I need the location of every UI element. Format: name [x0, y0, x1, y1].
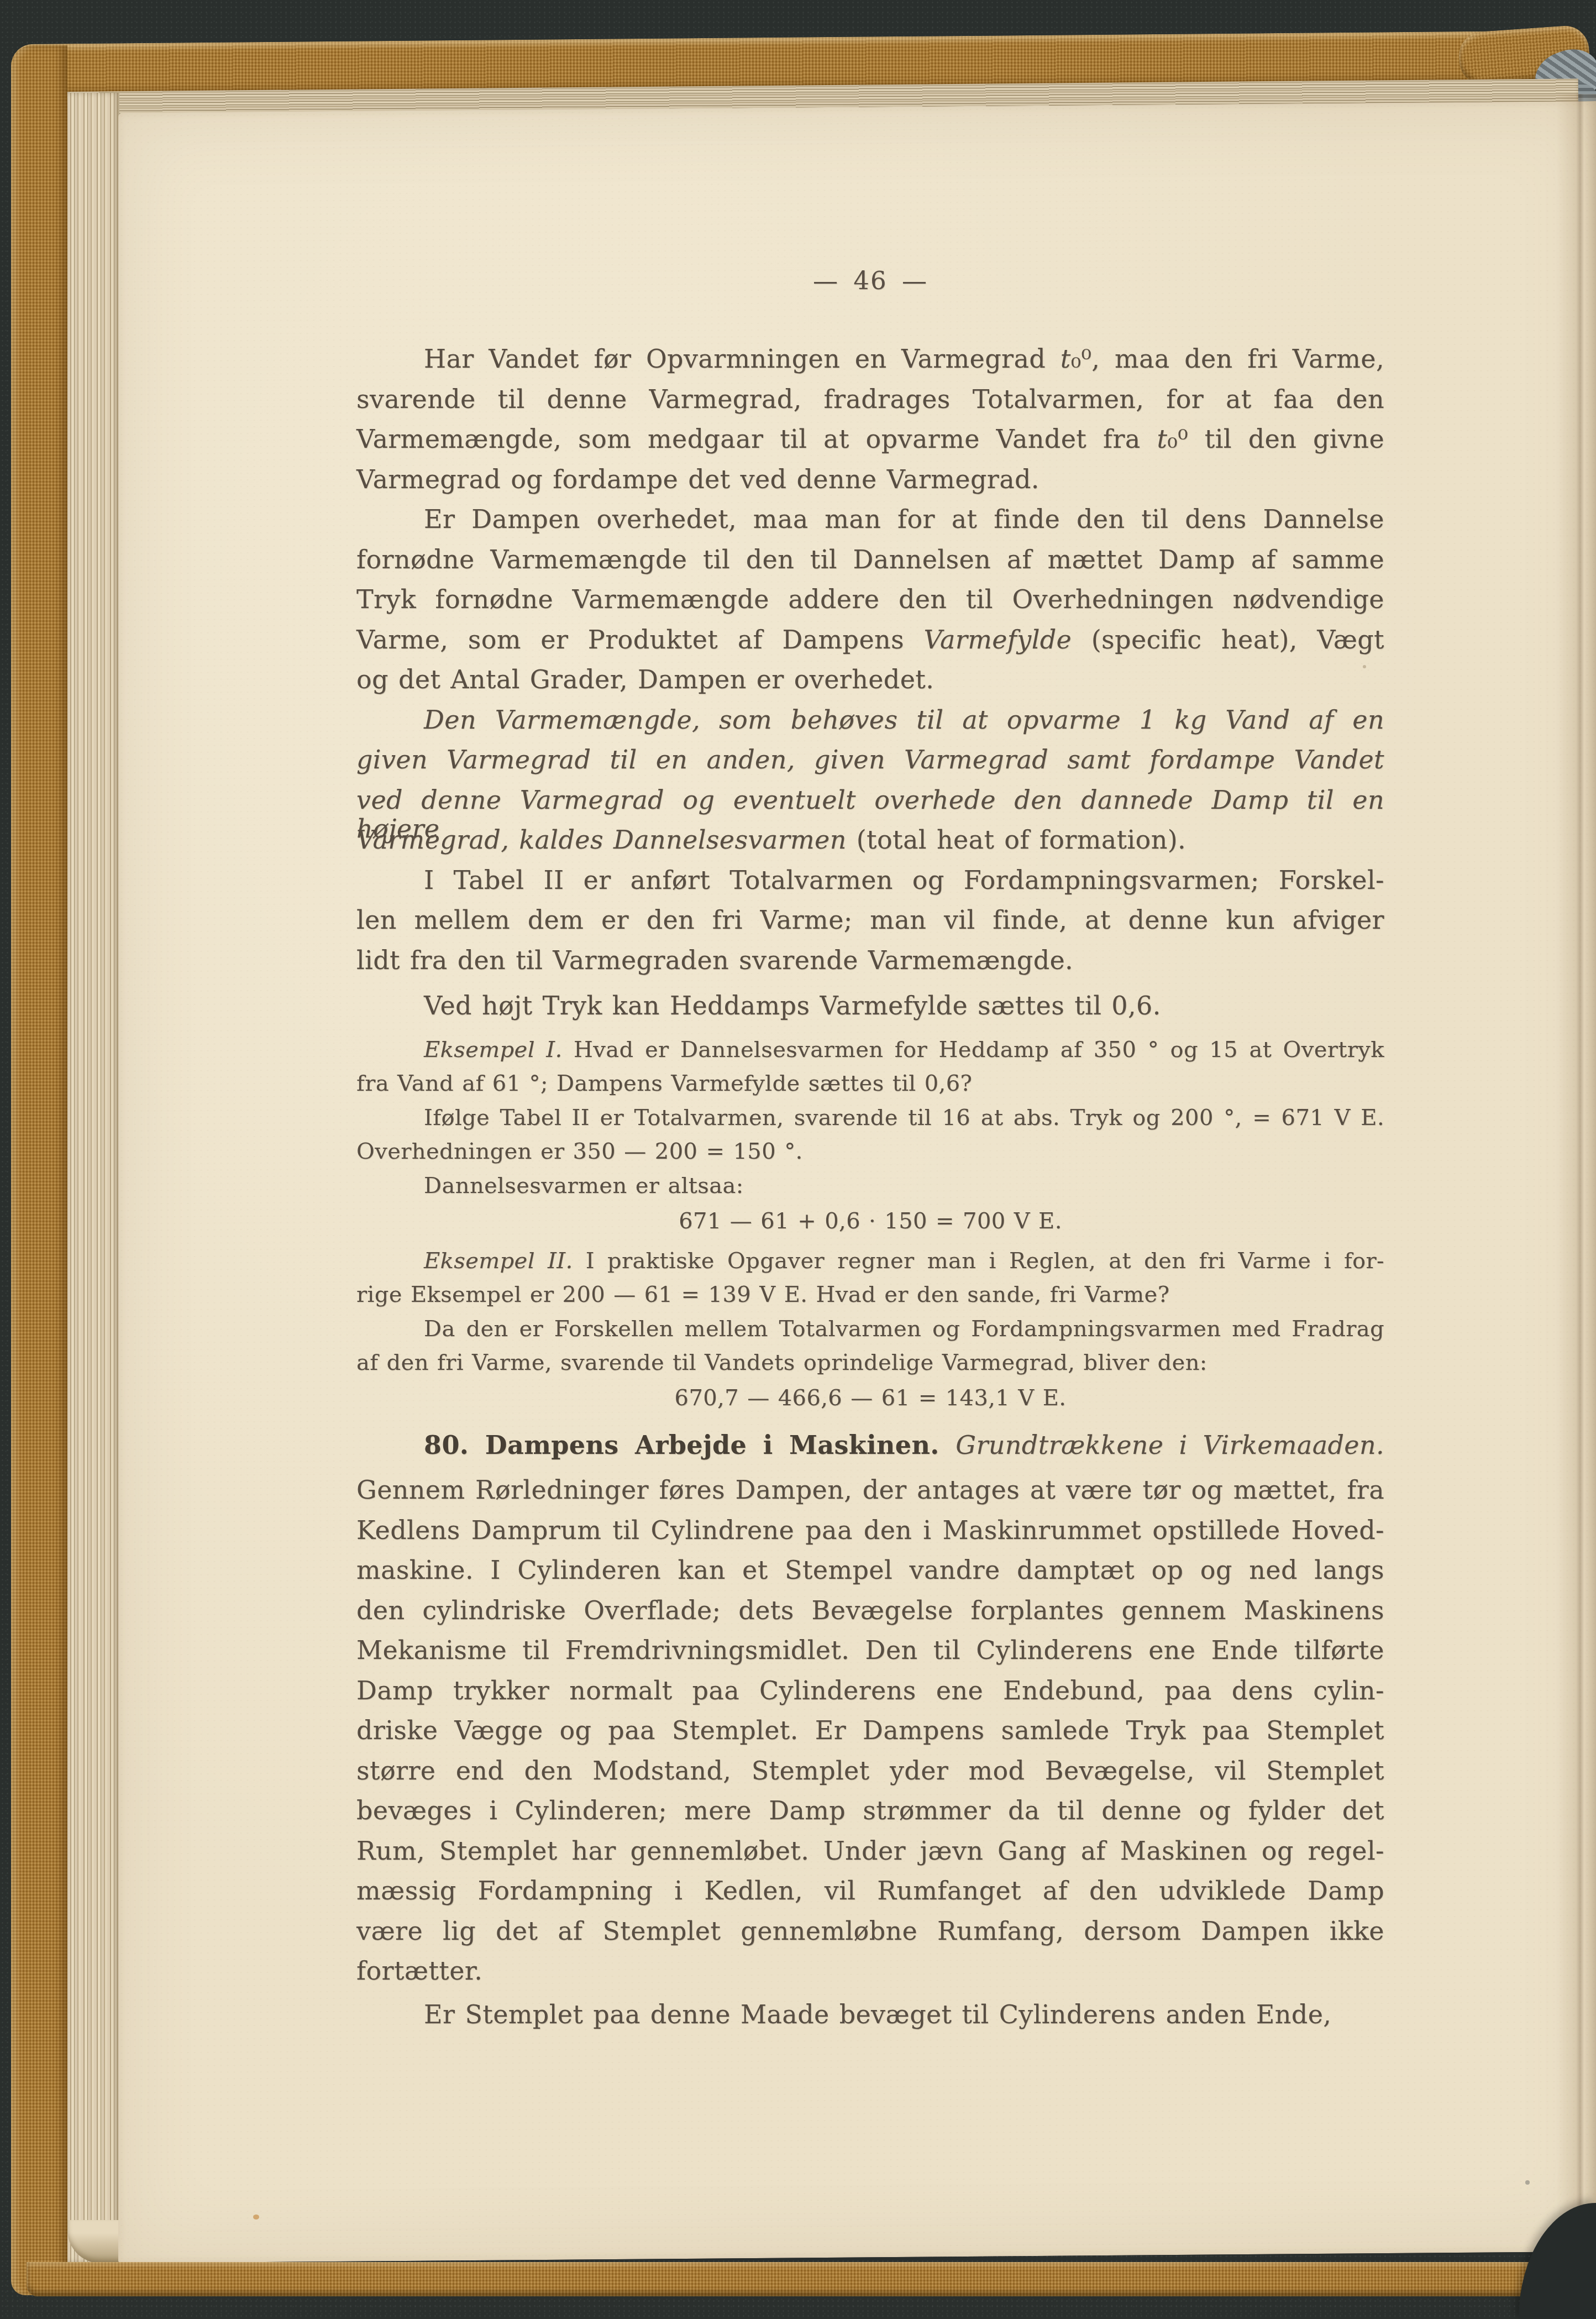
- book-cover-bottom-edge: [27, 2262, 1596, 2296]
- paper-speck: [1525, 2180, 1530, 2185]
- text-line: given Varmegrad til en anden, given Varm…: [356, 746, 1384, 774]
- text-line: Har Vandet før Opvarmningen en Varmegrad…: [356, 345, 1384, 374]
- text-line: Ifølge Tabel II er Totalvarmen, svarende…: [356, 1106, 1384, 1130]
- text-line: svarende til denne Varmegrad, fradrages …: [356, 385, 1384, 414]
- text-line: 80. Dampens Arbejde i Maskinen. Grundtræ…: [356, 1431, 1384, 1460]
- text-line: Varmegrad og fordampe det ved denne Varm…: [356, 465, 1384, 494]
- text-line: Kedlens Damprum til Cylindrene paa den i…: [356, 1516, 1384, 1545]
- text-line: len mellem dem er den fri Varme; man vil…: [356, 906, 1384, 935]
- text-line: Eksempel II. I praktiske Opgaver regner …: [356, 1249, 1384, 1274]
- text-line: Ved højt Tryk kan Heddamps Varmefylde sæ…: [356, 992, 1384, 1020]
- text-line: Overhedningen er 350 — 200 = 150 °.: [356, 1139, 1384, 1164]
- text-line: Damp trykker normalt paa Cylinderens ene…: [356, 1677, 1384, 1705]
- text-line: Eksempel I. Hvad er Dannelsesvarmen for …: [356, 1038, 1384, 1062]
- text-line: Rum, Stemplet har gennemløbet. Under jæv…: [356, 1837, 1384, 1866]
- text-line: fornødne Varmemængde til den til Dannels…: [356, 546, 1384, 574]
- text-line: større end den Modstand, Stemplet yder m…: [356, 1757, 1384, 1786]
- text-line: maskine. I Cylinderen kan et Stempel van…: [356, 1556, 1384, 1585]
- text-line: fra Vand af 61 °; Dampens Varmefylde sæt…: [356, 1071, 1384, 1096]
- text-line: Er Dampen overhedet, maa man for at find…: [356, 505, 1384, 534]
- text-line: Varmegrad, kaldes Dannelsesvarmen (total…: [356, 826, 1384, 855]
- text-line: driske Vægge og paa Stemplet. Er Dampens…: [356, 1716, 1384, 1745]
- text-line: I Tabel II er anført Totalvarmen og Ford…: [356, 866, 1384, 895]
- book-cover-left-edge: [11, 45, 67, 2295]
- text-line: lidt fra den til Varmegraden svarende Va…: [356, 946, 1384, 975]
- gutter-crease: [1556, 94, 1596, 2266]
- scanned-book-photo: — 46 — Har Vandet før Opvarmningen en Va…: [0, 0, 1596, 2319]
- text-line: Da den er Forskellen mellem Totalvarmen …: [356, 1317, 1384, 1342]
- text-line: den cylindriske Overflade; dets Bevægels…: [356, 1596, 1384, 1625]
- text-line: 671 — 61 + 0,6 · 150 = 700 V E.: [356, 1209, 1384, 1234]
- text-line: Varme, som er Produktet af Dampens Varme…: [356, 626, 1384, 655]
- text-line: Den Varmemængde, som behøves til at opva…: [356, 706, 1384, 735]
- text-line: mæssig Fordampning i Kedlen, vil Rumfang…: [356, 1877, 1384, 1906]
- text-line: Gennem Rørledninger føres Dampen, der an…: [356, 1476, 1384, 1505]
- text-line: 670,7 — 466,6 — 61 = 143,1 V E.: [356, 1386, 1384, 1411]
- text-line: være lig det af Stemplet gennemløbne Rum…: [356, 1917, 1384, 1946]
- text-line: Tryk fornødne Varmemængde addere den til…: [356, 585, 1384, 614]
- text-line: fortætter.: [356, 1957, 1384, 1986]
- page-edges-left: [67, 93, 119, 2262]
- text-line: og det Antal Grader, Dampen er overhedet…: [356, 666, 1384, 694]
- text-line: Er Stemplet paa denne Maade bevæget til …: [356, 2001, 1384, 2029]
- text-block: Har Vandet før Opvarmningen en Varmegrad…: [356, 0, 1384, 2319]
- paper-speck: [253, 2215, 259, 2219]
- text-line: rige Eksempel er 200 — 61 = 139 V E. Hva…: [356, 1282, 1384, 1307]
- text-line: Mekanisme til Fremdrivningsmidlet. Den t…: [356, 1636, 1384, 1665]
- text-line: Varmemængde, som medgaar til at opvarme …: [356, 425, 1384, 454]
- text-line: bevæges i Cylinderen; mere Damp strømmer…: [356, 1797, 1384, 1825]
- text-line: af den fri Varme, svarende til Vandets o…: [356, 1350, 1384, 1375]
- text-line: Dannelsesvarmen er altsaa:: [356, 1174, 1384, 1198]
